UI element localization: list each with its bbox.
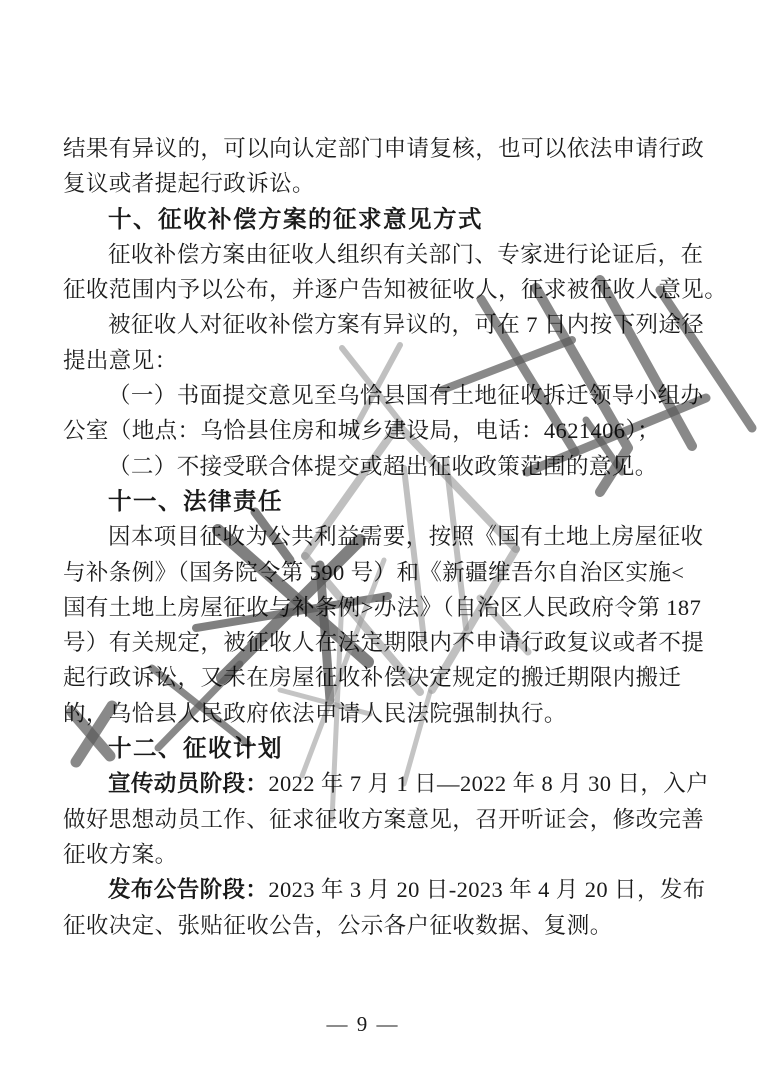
text-segment: 征收方案。	[63, 842, 178, 867]
text-segment: 结果有异议的，可以向认定部门申请复核，也可以依法申请行政	[63, 136, 704, 161]
text-line: （一）书面提交意见至乌恰县国有土地征收拆迁领导小组办	[63, 378, 708, 413]
text-segment: 的，乌恰县人民政府依法申请人民法院强制执行。	[63, 701, 567, 726]
text-segment: （二）不接受联合体提交或超出征收政策范围的意见。	[108, 454, 658, 479]
text-line: 提出意见：	[63, 343, 708, 378]
text-line: 因本项目征收为公共利益需要，按照《国有土地上房屋征收	[63, 519, 708, 554]
text-line: 征收范围内予以公布，并逐户告知被征收人，征求被征收人意见。	[63, 272, 708, 307]
text-line: 与补条例》（国务院令第 590 号）和《新疆维吾尔自治区实施<	[63, 555, 708, 590]
text-line: 宣传动员阶段：2022 年 7 月 1 日—2022 年 8 月 30 日，入户	[63, 766, 708, 801]
text-segment: 十二、征收计划	[108, 735, 283, 761]
text-line: 征收补偿方案由征收人组织有关部门、专家进行论证后，在	[63, 237, 708, 272]
text-segment: 十一、法律责任	[108, 488, 283, 514]
text-segment: 征收补偿方案由征收人组织有关部门、专家进行论证后，在	[108, 242, 703, 267]
text-segment: （一）书面提交意见至乌恰县国有土地征收拆迁领导小组办	[108, 383, 703, 408]
text-segment: 做好思想动员工作、征求征收方案意见，召开听证会，修改完善	[63, 807, 704, 832]
text-segment: 号）有关规定，被征收人在法定期限内不申请行政复议或者不提	[63, 630, 704, 655]
text-segment: 征收决定、张贴征收公告，公示各户征收数据、复测。	[63, 913, 613, 938]
text-line: 征收方案。	[63, 837, 708, 872]
text-segment: 2022 年 7 月 1 日—2022 年 8 月 30 日，入户	[268, 771, 709, 796]
document-text: 结果有异议的，可以向认定部门申请复核，也可以依法申请行政复议或者提起行政诉讼。十…	[63, 131, 708, 943]
text-line: 国有土地上房屋征收与补条例>办法》（自治区人民政府令第 187	[63, 590, 708, 625]
text-line: 号）有关规定，被征收人在法定期限内不申请行政复议或者不提	[63, 625, 708, 660]
text-line: 的，乌恰县人民政府依法申请人民法院强制执行。	[63, 696, 708, 731]
text-segment: 复议或者提起行政诉讼。	[63, 171, 315, 196]
text-segment: 征收范围内予以公布，并逐户告知被征收人，征求被征收人意见。	[63, 277, 727, 302]
section-heading: 十一、法律责任	[63, 484, 708, 519]
text-line: 做好思想动员工作、征求征收方案意见，召开听证会，修改完善	[63, 802, 708, 837]
text-line: 被征收人对征收补偿方案有异议的，可在 7 日内按下列途径	[63, 307, 708, 342]
text-segment: 因本项目征收为公共利益需要，按照《国有土地上房屋征收	[108, 524, 703, 549]
text-line: 结果有异议的，可以向认定部门申请复核，也可以依法申请行政	[63, 131, 708, 166]
text-line: 起行政诉讼，又未在房屋征收补偿决定规定的搬迁期限内搬迁	[63, 660, 708, 695]
text-segment: 2023 年 3 月 20 日-2023 年 4 月 20 日，发布	[268, 877, 705, 902]
page-number: — 9 —	[63, 1012, 663, 1037]
text-segment: 公室（地点：乌恰县住房和城乡建设局，电话：4621406）；	[63, 418, 660, 443]
section-heading: 十、征收补偿方案的征求意见方式	[63, 202, 708, 237]
document-page: 结果有异议的，可以向认定部门申请复核，也可以依法申请行政复议或者提起行政诉讼。十…	[0, 0, 761, 1077]
text-segment: 提出意见：	[63, 348, 178, 373]
text-line: 公室（地点：乌恰县住房和城乡建设局，电话：4621406）；	[63, 413, 708, 448]
text-segment: 起行政诉讼，又未在房屋征收补偿决定规定的搬迁期限内搬迁	[63, 665, 681, 690]
text-line: 发布公告阶段：2023 年 3 月 20 日-2023 年 4 月 20 日，发…	[63, 872, 708, 907]
text-segment: 被征收人对征收补偿方案有异议的，可在 7 日内按下列途径	[108, 312, 704, 337]
text-segment: 与补条例》（国务院令第 590 号）和《新疆维吾尔自治区实施<	[63, 560, 684, 585]
text-line: （二）不接受联合体提交或超出征收政策范围的意见。	[63, 449, 708, 484]
text-line: 征收决定、张贴征收公告，公示各户征收数据、复测。	[63, 908, 708, 943]
text-segment: 发布公告阶段：	[108, 877, 268, 902]
text-segment: 十、征收补偿方案的征求意见方式	[108, 206, 483, 232]
section-heading: 十二、征收计划	[63, 731, 708, 766]
text-line: 复议或者提起行政诉讼。	[63, 166, 708, 201]
text-segment: 国有土地上房屋征收与补条例>办法》（自治区人民政府令第 187	[63, 595, 701, 620]
text-segment: 宣传动员阶段：	[108, 771, 268, 796]
